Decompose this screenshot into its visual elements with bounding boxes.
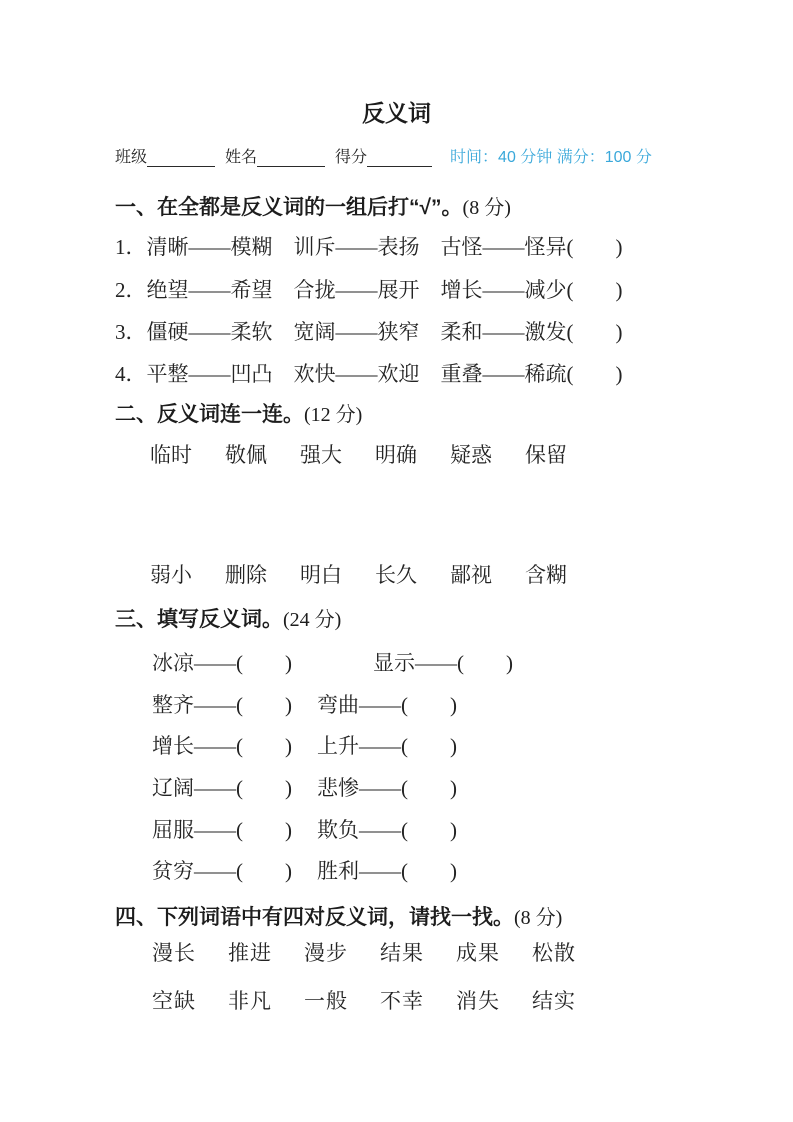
fill-in-pair: 整齐——( ): [152, 689, 292, 719]
fill-in-pair: 屈服——( ): [152, 814, 292, 844]
candidate-word: 结实: [532, 985, 576, 1015]
worksheet-page: 反义词 班级 姓名 得分 时间：40 分钟 满分：100 分 一、在全都是反义词…: [0, 0, 793, 1122]
candidate-word: 漫步: [304, 937, 348, 967]
candidate-word: 一般: [304, 985, 348, 1015]
score-label: 得分: [335, 144, 367, 167]
section-2-title: 二、反义词连一连。: [115, 403, 304, 426]
fill-in-row: 屈服——( ) 欺负——( ): [115, 814, 675, 840]
candidate-word: 成果: [456, 937, 500, 967]
fill-in-pair: 弯曲——( ): [317, 689, 457, 719]
section-3-points: (24 分): [283, 609, 341, 631]
section-1-item: 3．僵硬——柔软 宽阔——狭窄 柔和——激发( ): [115, 316, 623, 346]
section-3-heading: 三、填写反义词。(24 分): [115, 603, 341, 633]
candidate-word: 漫长: [152, 937, 196, 967]
fill-in-row: 贫穷——( ) 胜利——( ): [115, 855, 675, 881]
page-title: 反义词: [0, 95, 793, 128]
section-4-points: (8 分): [514, 907, 562, 929]
name-label: 姓名: [225, 144, 257, 167]
match-word: 明确: [375, 439, 417, 469]
fill-in-pair: 欺负——( ): [317, 814, 457, 844]
match-word: 敬佩: [225, 439, 267, 469]
section-3-title: 三、填写反义词。: [115, 608, 283, 631]
candidate-word: 松散: [532, 937, 576, 967]
candidate-word: 非凡: [228, 985, 272, 1015]
candidate-word: 不幸: [380, 985, 424, 1015]
match-words-top-row: 临时 敬佩 强大 明确 疑惑 保留: [150, 439, 567, 469]
time-fullmark-note: 时间：40 分钟 满分：100 分: [450, 144, 652, 167]
fill-in-pair: 贫穷——( ): [152, 855, 292, 885]
section-4-title: 四、下列词语中有四对反义词，请找一找。: [115, 906, 514, 929]
fill-in-row: 增长——( ) 上升——( ): [115, 730, 675, 756]
section-1-item: 2．绝望——希望 合拢——展开 增长——减少( ): [115, 274, 623, 304]
candidate-word: 空缺: [152, 985, 196, 1015]
match-word: 保留: [525, 439, 567, 469]
match-word: 含糊: [525, 559, 567, 589]
find-pairs-bottom-row: 空缺 非凡 一般 不幸 消失 结实: [152, 985, 576, 1015]
fill-in-pair: 冰凉——( ): [152, 647, 292, 677]
fill-in-pair: 显示——( ): [373, 647, 513, 677]
match-word: 弱小: [150, 559, 192, 589]
score-blank-line: [367, 149, 432, 167]
fill-in-pair: 上升——( ): [317, 730, 457, 760]
fill-in-pair: 增长——( ): [152, 730, 292, 760]
section-1-item: 1．清晰——模糊 训斥——表扬 古怪——怪异( ): [115, 231, 623, 261]
match-word: 鄙视: [450, 559, 492, 589]
fill-in-row: 冰凉——( ) 显示——( ): [115, 647, 675, 673]
section-2-heading: 二、反义词连一连。(12 分): [115, 398, 362, 428]
section-1-title: 一、在全都是反义词的一组后打“√”。: [115, 196, 463, 219]
match-word: 长久: [375, 559, 417, 589]
class-blank-line: [147, 149, 215, 167]
section-1-points: (8 分): [463, 197, 511, 219]
match-word: 明白: [300, 559, 342, 589]
match-words-bottom-row: 弱小 删除 明白 长久 鄙视 含糊: [150, 559, 567, 589]
header-info-row: 班级 姓名 得分 时间：40 分钟 满分：100 分: [115, 144, 652, 167]
fill-in-pair: 辽阔——( ): [152, 772, 292, 802]
fill-in-pair: 胜利——( ): [317, 855, 457, 885]
fill-in-row: 辽阔——( ) 悲惨——( ): [115, 772, 675, 798]
section-1-item: 4．平整——凹凸 欢快——欢迎 重叠——稀疏( ): [115, 358, 623, 388]
section-2-points: (12 分): [304, 404, 362, 426]
candidate-word: 结果: [380, 937, 424, 967]
candidate-word: 推进: [228, 937, 272, 967]
match-word: 强大: [300, 439, 342, 469]
fill-in-pair: 悲惨——( ): [317, 772, 457, 802]
name-blank-line: [257, 149, 325, 167]
candidate-word: 消失: [456, 985, 500, 1015]
match-word: 删除: [225, 559, 267, 589]
match-word: 疑惑: [450, 439, 492, 469]
class-label: 班级: [115, 144, 147, 167]
section-1-heading: 一、在全都是反义词的一组后打“√”。(8 分): [115, 191, 511, 221]
fill-in-row: 整齐——( ) 弯曲——( ): [115, 689, 675, 715]
section-4-heading: 四、下列词语中有四对反义词，请找一找。(8 分): [115, 901, 562, 931]
find-pairs-top-row: 漫长 推进 漫步 结果 成果 松散: [152, 937, 576, 967]
match-word: 临时: [150, 439, 192, 469]
